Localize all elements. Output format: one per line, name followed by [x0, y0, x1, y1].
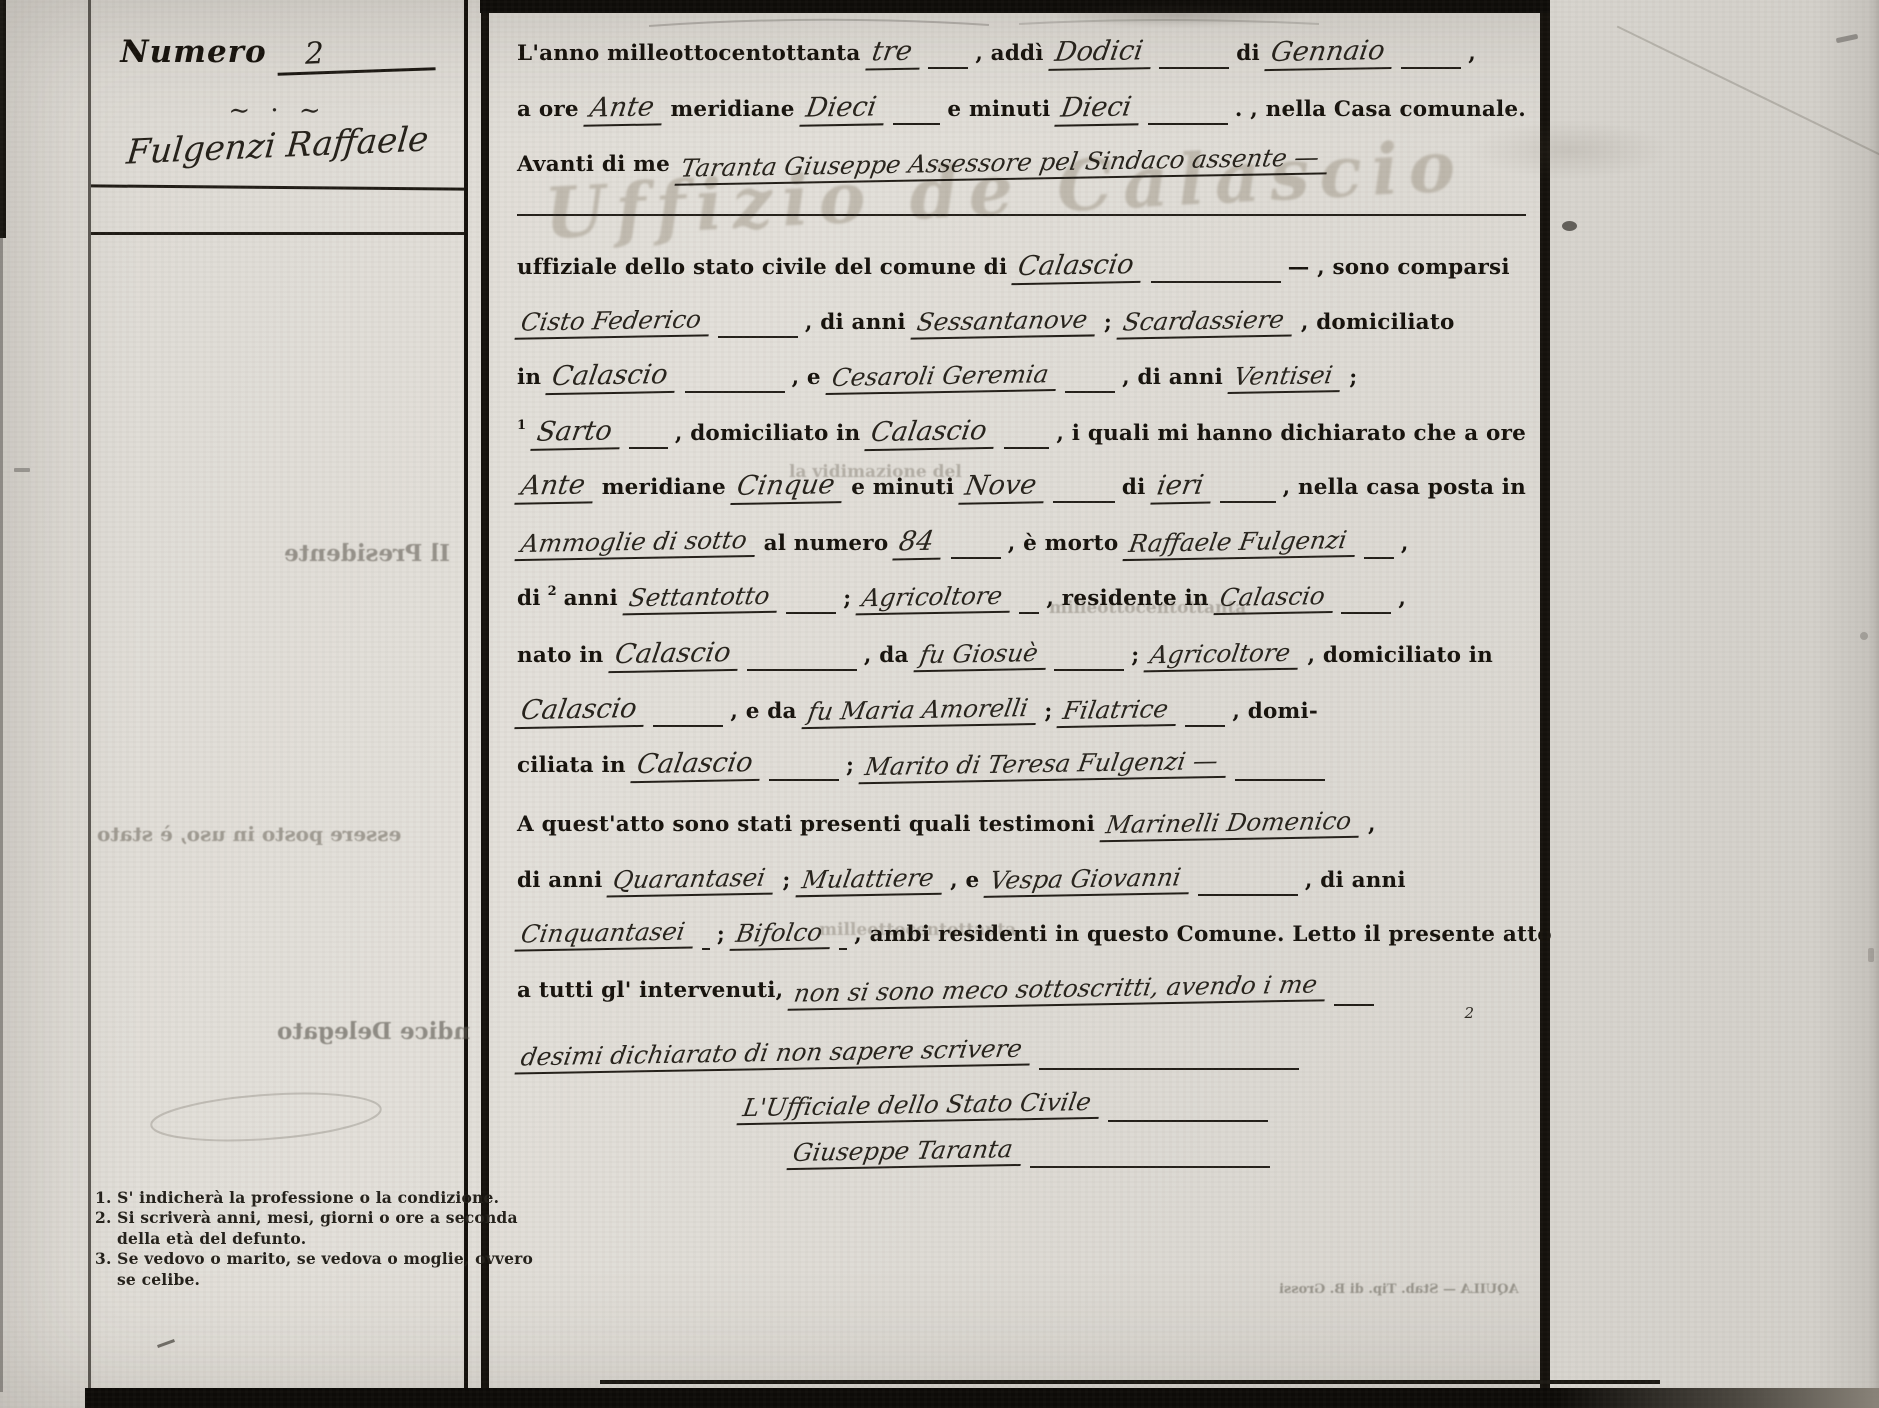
printed-text: , domi- [1232, 699, 1318, 724]
form-line: L'anno milleottocentottantatre , addìDod… [517, 36, 1526, 82]
printed-text: , [1468, 41, 1476, 66]
blank-line [718, 306, 798, 338]
blank-line [1053, 471, 1115, 503]
printed-text: di [1122, 475, 1146, 500]
printed-text: ; [1104, 310, 1112, 335]
printed-text: a ore [517, 97, 579, 122]
handwritten-entry: Cinquantasei [514, 916, 697, 951]
form-line: desimi dichiarato di non sapere scrivere [517, 1038, 1526, 1084]
blank-line [1401, 37, 1461, 69]
numero-value: 2 [276, 32, 435, 75]
form-line: AntemeridianeCinquee minutiNove diieri ,… [517, 470, 1526, 516]
handwritten-entry: Calascio [865, 415, 1000, 451]
form-line: Giuseppe Taranta [789, 1136, 1526, 1182]
printed-text: ; [1044, 699, 1052, 724]
handwritten-entry: Calascio [514, 693, 649, 729]
printed-text: , addì [975, 41, 1043, 66]
printed-text: di [517, 586, 541, 611]
bottom-rule [600, 1380, 1660, 1384]
form-line: a tutti gl' intervenuti,non si sono meco… [517, 974, 1526, 1020]
handwritten-entry: Agricoltore [1144, 638, 1303, 673]
handwritten-entry: Mulattiere [795, 863, 946, 898]
printed-text: ; [717, 922, 725, 947]
handwritten-entry: Calascio [630, 747, 765, 783]
handwritten-entry: Calascio [608, 637, 743, 673]
handwritten-entry: Scardassiere [1116, 304, 1296, 339]
printed-text: , domiciliato in [675, 421, 861, 446]
blank-line [1198, 864, 1298, 896]
handwritten-entry: L'Ufficiale dello Stato Civile [736, 1087, 1103, 1125]
printed-text: , domiciliato in [1307, 643, 1493, 668]
handwritten-entry: Settantotto [622, 581, 781, 616]
registered-name: Fulgenzi Raffaele [89, 118, 466, 174]
blank-line [1039, 1038, 1299, 1070]
handwritten-entry: Ammoglie di sotto [514, 525, 759, 561]
blank-line [1030, 1136, 1270, 1168]
handwritten-entry: Calascio [546, 359, 681, 395]
blank-line [1019, 582, 1039, 614]
blank-line [1054, 639, 1124, 671]
handwritten-entry: Cinque [730, 469, 847, 505]
handwritten-entry: Bifolco [729, 917, 834, 951]
form-line: Cinquantasei ;Bifolco , ambi residenti i… [517, 918, 1526, 964]
handwritten-entry: Nove [959, 469, 1050, 505]
handwritten-entry: Sessantanove [910, 304, 1099, 339]
handwritten-entry: Ante [583, 91, 666, 126]
printed-text: , i quali mi hanno dichiarato che a ore [1056, 421, 1526, 446]
printed-text: A quest'atto sono stati presenti quali t… [517, 812, 1095, 837]
printed-text: ; [846, 753, 854, 778]
form-line: Cisto Federico , di anniSessantanove;Sca… [517, 306, 1526, 352]
printed-text: , e da [730, 699, 796, 724]
blank-line [747, 639, 857, 671]
printed-text: , e [792, 365, 821, 390]
blank-line [1334, 974, 1374, 1006]
printed-text: nato in [517, 643, 604, 668]
blank-line [1065, 361, 1115, 393]
margin-column: Numero2 ∼ · ∼ Fulgenzi Raffaele Il Presi… [91, 0, 464, 1392]
form-line: Ammoglie di sottoal numero84 , è mortoRa… [517, 526, 1526, 572]
blank-line [629, 417, 668, 449]
form-line [517, 184, 1526, 230]
act-right-border [1540, 0, 1550, 1392]
printed-text: meridiane [602, 475, 726, 500]
printed-text: e minuti [851, 475, 954, 500]
blank-line [1185, 695, 1225, 727]
blank-line [1220, 471, 1276, 503]
handwritten-entry: Cisto Federico [514, 304, 713, 339]
form-line: 1Sarto , domiciliato inCalascio , i qual… [517, 416, 1526, 462]
blank-line [769, 749, 839, 781]
printed-text: , [1398, 586, 1406, 611]
handwritten-entry: Raffaele Fulgenzi [1123, 525, 1360, 561]
printed-text: , è morto [1008, 531, 1119, 556]
handwritten-entry: Calascio [1213, 581, 1337, 615]
handwritten-entry: Marito di Teresa Fulgenzi — [859, 746, 1231, 784]
handwritten-entry: Quarantasei [607, 863, 778, 898]
blank-line [1159, 37, 1229, 69]
blank-line [702, 918, 710, 950]
form-line: uffiziale dello stato civile del comune … [517, 250, 1526, 296]
printed-text: , di anni [805, 310, 906, 335]
form-line: Calascio , e dafu Maria Amorelli;Filatri… [517, 694, 1526, 740]
handwritten-entry: non si sono meco sottoscritti, avendo i … [788, 969, 1330, 1010]
handwritten-entry: Filatrice [1057, 694, 1181, 728]
handwritten-entry: Ventisei [1227, 360, 1344, 394]
handwritten-entry: Marinelli Domenico [1099, 806, 1363, 843]
printed-text: a tutti gl' intervenuti, [517, 978, 783, 1003]
handwritten-entry: ieri [1150, 469, 1216, 504]
printed-text: meridiane [670, 97, 794, 122]
death-record-scan: Numero2 ∼ · ∼ Fulgenzi Raffaele Il Presi… [0, 0, 1879, 1408]
form-line: A quest'atto sono stati presenti quali t… [517, 808, 1526, 854]
pen-mark [157, 1339, 175, 1348]
scan-edge-left-faint [0, 0, 3, 1392]
printed-text: , [1401, 531, 1409, 556]
printed-text: , residente in [1046, 586, 1208, 611]
printed-text: in [517, 365, 541, 390]
margin-rule [91, 184, 464, 190]
printed-text: Avanti di me [517, 152, 670, 177]
blank-line [685, 361, 785, 393]
footnote-ref: 1 [517, 418, 526, 433]
printed-text: , nella casa posta in [1283, 475, 1526, 500]
blank-line [1151, 251, 1281, 283]
handwritten-entry: tre [865, 35, 924, 70]
handwritten-entry: Calascio [1012, 249, 1147, 285]
printed-text: e minuti [947, 97, 1050, 122]
printed-text: uffiziale dello stato civile del comune … [517, 255, 1007, 280]
bottom-border-bar [85, 1388, 1879, 1408]
printed-text: di [1236, 41, 1260, 66]
form-line: ciliata inCalascio ;Marito di Teresa Ful… [517, 748, 1526, 794]
footnotes: 1. S' indicherà la professione o la cond… [95, 1188, 551, 1290]
ink-speck [14, 468, 30, 472]
bleedthrough-delegato: ndice Delegato [277, 1018, 470, 1045]
handwritten-entry: Dieci [799, 91, 888, 127]
numero-row: Numero2 [91, 34, 464, 73]
blank-line [1148, 93, 1227, 125]
bleedthrough-presidente: Il Presidente [284, 540, 450, 567]
column-divider-thick [481, 0, 489, 1392]
bleedthrough-posto-in-uso: essere posto in uso, è stato [97, 822, 401, 846]
blank-line [1364, 527, 1394, 559]
form-line: L'Ufficiale dello Stato Civile [739, 1090, 1526, 1136]
ink-speck [1868, 948, 1874, 962]
printed-text: ; [782, 868, 790, 893]
form-line: nato inCalascio , dafu Giosuè ;Agricolto… [517, 638, 1526, 684]
footnote-ref: 2 [548, 584, 557, 599]
handwritten-entry: Taranta Giuseppe Assessore pel Sindaco a… [674, 142, 1331, 185]
printed-text: al numero [764, 531, 889, 556]
printed-text: L'anno milleottocentottanta [517, 41, 861, 66]
numero-label: Numero [120, 34, 266, 70]
blank-line [1341, 582, 1391, 614]
handwritten-entry: Vespa Giovanni [984, 862, 1194, 898]
bleedthrough-signature-oval [141, 1082, 391, 1152]
handwritten-entry: 84 [893, 526, 947, 561]
ink-speck [1562, 221, 1577, 231]
blank-line [839, 918, 847, 950]
handwritten-entry: fu Giosuè [913, 638, 1050, 672]
handwritten-entry: Dieci [1055, 91, 1144, 127]
blank-rule [517, 184, 1526, 216]
handwritten-entry: Sarto [530, 415, 624, 451]
printed-text: , di anni [1305, 868, 1406, 893]
handwritten-entry: Cesaroli Geremia [825, 359, 1060, 395]
printed-text: di anni [517, 868, 602, 893]
handwritten-entry: Agricoltore [856, 581, 1015, 616]
printed-text: anni [564, 586, 618, 611]
handwritten-entry: desimi dichiarato di non sapere scrivere [514, 1033, 1034, 1074]
footnote-3: 3. Se vedovo o marito, se vedova o mogli… [95, 1249, 551, 1290]
form-line: inCalascio , eCesaroli Geremia , di anni… [517, 360, 1526, 406]
printed-text: , domiciliato [1301, 310, 1455, 335]
blank-line [951, 527, 1001, 559]
printer-mark: AQUILA — Stab. Tip. di B. Grossi [1279, 1282, 1519, 1297]
footnote-1: 1. S' indicherà la professione o la cond… [95, 1188, 551, 1208]
blank-line [1235, 749, 1325, 781]
printed-text: . , nella Casa comunale. [1235, 97, 1526, 122]
handwritten-entry: Dodici [1048, 35, 1155, 71]
blank-line [1108, 1090, 1268, 1122]
printed-text: , ambi residenti in questo Comune. Letto… [854, 922, 1552, 947]
form-line: a oreAntemeridianeDieci e minutiDieci . … [517, 92, 1526, 138]
printed-text: — , sono comparsi [1288, 255, 1510, 280]
page-right-margin [1550, 0, 1879, 1408]
blank-line [1004, 417, 1050, 449]
printed-text: ; [843, 586, 851, 611]
pen-arcs [639, 12, 1339, 36]
blank-line [928, 37, 968, 69]
form-line: di2anniSettantotto ;Agricoltore , reside… [517, 582, 1526, 628]
column-divider-thin [464, 0, 468, 1392]
printed-text: , e [950, 868, 979, 893]
printed-text: ; [1349, 365, 1357, 390]
printed-text: ciliata in [517, 753, 626, 778]
printed-text: , da [864, 643, 909, 668]
ink-speck [1860, 632, 1868, 640]
blank-line [653, 695, 723, 727]
footnote-2: 2. Si scriverà anni, mesi, giorni o ore … [95, 1208, 551, 1249]
printed-text: , di anni [1122, 365, 1223, 390]
printed-text: , [1368, 812, 1376, 837]
handwritten-entry: Gennaio [1264, 35, 1397, 71]
margin-rule [91, 232, 464, 235]
blank-line [893, 93, 941, 125]
handwritten-entry: Ante [514, 469, 597, 504]
blank-line [786, 582, 836, 614]
handwritten-entry: fu Maria Amorelli [801, 693, 1040, 729]
printed-text: ; [1131, 643, 1139, 668]
form-line: di anniQuarantasei;Mulattiere, eVespa Gi… [517, 864, 1526, 910]
handwritten-entry: Giuseppe Taranta [786, 1134, 1025, 1170]
act-column: Uffizio de Calascio la vidimazione del m… [489, 0, 1540, 1392]
